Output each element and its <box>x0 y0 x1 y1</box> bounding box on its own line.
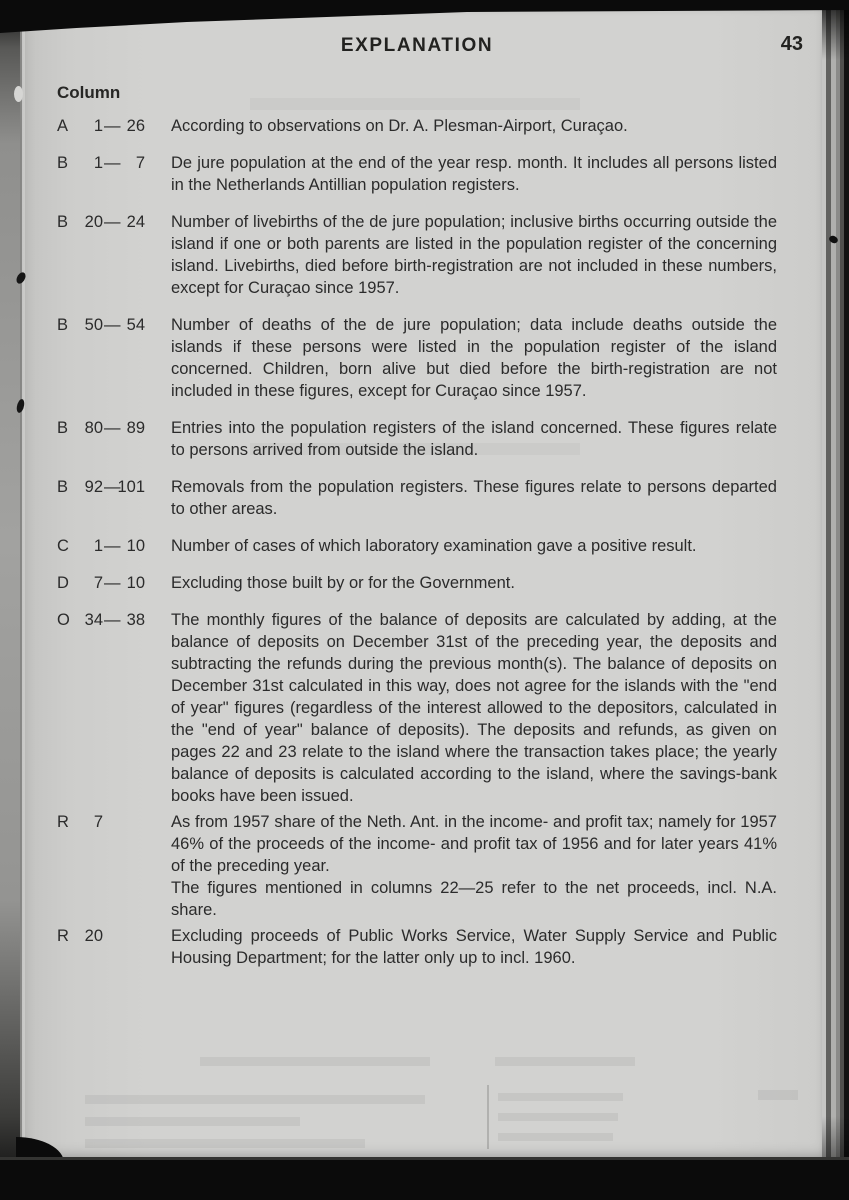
entry-letter: R <box>57 925 79 969</box>
entry-letter: O <box>57 609 79 807</box>
entry-range-dash: — <box>103 476 117 520</box>
entry-range-from: 20 <box>79 925 103 969</box>
entry-letter: B <box>57 152 79 196</box>
entry-text: Excluding proceeds of Public Works Servi… <box>145 925 777 969</box>
entry-text: Number of cases of which laboratory exam… <box>145 535 777 557</box>
entry-range-dash: — <box>103 609 117 807</box>
page-content: EXPLANATION 43 Column A1—26According to … <box>57 35 777 973</box>
entry-letter: R <box>57 811 79 921</box>
entry-range-dash: — <box>103 152 117 196</box>
bleedthrough-mark <box>85 1117 300 1126</box>
entries-list: A1—26According to observations on Dr. A.… <box>57 115 777 969</box>
entry-range-dash <box>103 811 117 921</box>
entry-range-from: 1 <box>79 115 103 137</box>
entry-text: According to observations on Dr. A. Ples… <box>145 115 777 137</box>
entry-letter: B <box>57 417 79 461</box>
entry-range-from: 80 <box>79 417 103 461</box>
bleedthrough-mark <box>495 1057 635 1066</box>
page-edge-notch <box>14 86 23 102</box>
entry-paragraph: Number of deaths of the de jure populati… <box>171 314 777 402</box>
entry-range-dash: — <box>103 211 117 299</box>
entry-paragraph: Number of livebirths of the de jure popu… <box>171 211 777 299</box>
entry-range-to: 89 <box>117 417 145 461</box>
bleedthrough-mark <box>85 1139 365 1148</box>
entry-text: Number of livebirths of the de jure popu… <box>145 211 777 299</box>
entry-letter: B <box>57 211 79 299</box>
entry-text: As from 1957 share of the Neth. Ant. in … <box>145 811 777 921</box>
entry-range-from: 92 <box>79 476 103 520</box>
entry-paragraph: Excluding proceeds of Public Works Servi… <box>171 925 777 969</box>
entry-paragraph: Excluding those built by or for the Gove… <box>171 572 777 594</box>
bleedthrough-mark <box>498 1133 613 1141</box>
entry-paragraph: According to observations on Dr. A. Ples… <box>171 115 777 137</box>
entry-paragraph: The figures mentioned in columns 22—25 r… <box>171 877 777 921</box>
bleedthrough-mark <box>498 1093 623 1101</box>
column-entry: B92—101Removals from the population regi… <box>57 476 777 520</box>
entry-letter: A <box>57 115 79 137</box>
entry-text: Removals from the population registers. … <box>145 476 777 520</box>
entry-range-dash: — <box>103 314 117 402</box>
entry-range-from: 1 <box>79 152 103 196</box>
entry-range-to: 38 <box>117 609 145 807</box>
entry-range-to: 101 <box>117 476 145 520</box>
column-entry: O34—38The monthly figures of the balance… <box>57 609 777 807</box>
entry-text: De jure population at the end of the yea… <box>145 152 777 196</box>
book-gutter-shadow <box>0 0 22 1200</box>
entry-text: Entries into the population registers of… <box>145 417 777 461</box>
column-heading: Column <box>57 83 777 103</box>
entry-range-to: 24 <box>117 211 145 299</box>
entry-text: The monthly figures of the balance of de… <box>145 609 777 807</box>
entry-paragraph: The monthly figures of the balance of de… <box>171 609 777 807</box>
entry-range-dash: — <box>103 572 117 594</box>
entry-range-dash: — <box>103 115 117 137</box>
entry-range-dash: — <box>103 417 117 461</box>
column-entry: R20Excluding proceeds of Public Works Se… <box>57 925 777 969</box>
column-entry: R7As from 1957 share of the Neth. Ant. i… <box>57 811 777 921</box>
column-entry: A1—26According to observations on Dr. A.… <box>57 115 777 137</box>
entry-range-to: 54 <box>117 314 145 402</box>
entry-range-from: 50 <box>79 314 103 402</box>
entry-range-to <box>117 811 145 921</box>
bleedthrough-mark <box>498 1113 618 1121</box>
column-entry: B1—7De jure population at the end of the… <box>57 152 777 196</box>
page-title: EXPLANATION <box>57 35 777 57</box>
bleedthrough-mark <box>200 1057 430 1066</box>
entry-letter: B <box>57 476 79 520</box>
entry-range-from: 7 <box>79 811 103 921</box>
column-entry: C1—10Number of cases of which laboratory… <box>57 535 777 557</box>
bleedthrough-mark <box>758 1090 798 1100</box>
scanned-page: EXPLANATION 43 Column A1—26According to … <box>20 5 822 1160</box>
entry-paragraph: De jure population at the end of the yea… <box>171 152 777 196</box>
page-number: 43 <box>781 33 803 56</box>
entry-range-to: 7 <box>117 152 145 196</box>
bleedthrough-rule <box>487 1085 489 1149</box>
entry-text: Excluding those built by or for the Gove… <box>145 572 777 594</box>
entry-range-from: 1 <box>79 535 103 557</box>
entry-range-from: 7 <box>79 572 103 594</box>
column-entry: B50—54Number of deaths of the de jure po… <box>57 314 777 402</box>
bleedthrough-mark <box>85 1095 425 1104</box>
column-entry: D7—10Excluding those built by or for the… <box>57 572 777 594</box>
entry-range-to <box>117 925 145 969</box>
entry-letter: C <box>57 535 79 557</box>
page-header: EXPLANATION 43 <box>57 35 777 59</box>
entry-range-to: 10 <box>117 535 145 557</box>
entry-range-to: 26 <box>117 115 145 137</box>
entry-paragraph: Removals from the population registers. … <box>171 476 777 520</box>
entry-text: Number of deaths of the de jure populati… <box>145 314 777 402</box>
entry-paragraph: As from 1957 share of the Neth. Ant. in … <box>171 811 777 877</box>
entry-range-to: 10 <box>117 572 145 594</box>
entry-letter: B <box>57 314 79 402</box>
page-edges-right <box>822 0 849 1200</box>
entry-range-dash: — <box>103 535 117 557</box>
entry-paragraph: Entries into the population registers of… <box>171 417 777 461</box>
entry-range-dash <box>103 925 117 969</box>
column-entry: B80—89Entries into the population regist… <box>57 417 777 461</box>
entry-paragraph: Number of cases of which laboratory exam… <box>171 535 777 557</box>
scan-border-bottom <box>0 1157 849 1200</box>
entry-range-from: 34 <box>79 609 103 807</box>
book-scan: EXPLANATION 43 Column A1—26According to … <box>0 0 849 1200</box>
entry-range-from: 20 <box>79 211 103 299</box>
entry-letter: D <box>57 572 79 594</box>
column-entry: B20—24Number of livebirths of the de jur… <box>57 211 777 299</box>
